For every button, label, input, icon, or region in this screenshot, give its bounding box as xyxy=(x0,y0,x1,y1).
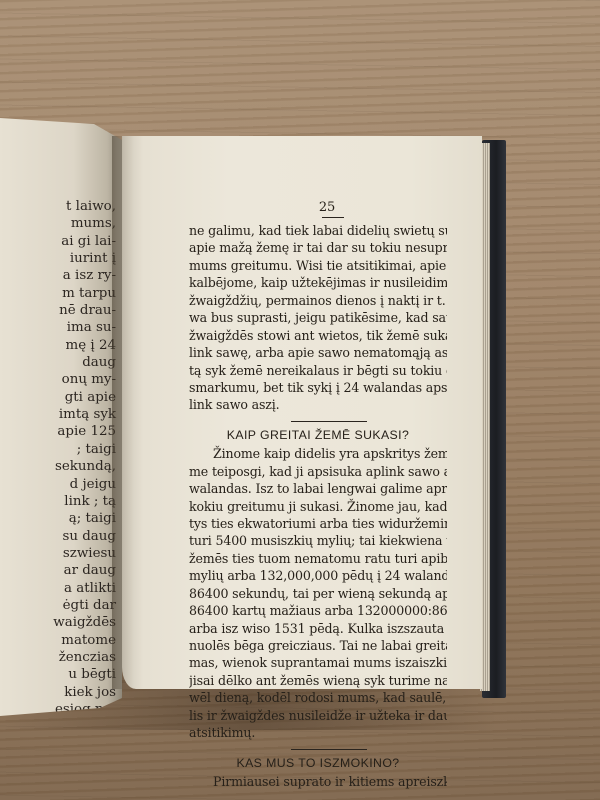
text-line: turi 5400 musiszkių mylių; tai kiekwiena… xyxy=(189,532,447,549)
text-line: kokiu greitumu ji sukasi. Žinome jau, ka… xyxy=(189,498,447,515)
text-line: 86400 kartų mažiaus arba 132000000:86400… xyxy=(189,602,447,619)
text-line: tys ties ekwatoriumi arba ties widuržemi… xyxy=(189,515,447,532)
text-line: arba isz wiso 1531 pēdą. Kulka iszszauta… xyxy=(189,620,447,637)
section-divider xyxy=(291,421,367,422)
text-line-fragment: ženczias xyxy=(16,649,116,666)
gutter-shadow xyxy=(112,136,134,689)
text-line: wēl dieną, kodēl rodosi mums, kad saulē,… xyxy=(189,689,447,706)
text-line: Pirmiausei suprato ir kitiems apreiszkē,… xyxy=(189,773,447,790)
section-heading-1: KAIP GREITAI ŽEMĒ SUKASI? xyxy=(189,426,447,445)
text-line-fragment: kiek jos xyxy=(16,684,116,701)
text-line-fragment: ai gi lai- xyxy=(16,233,116,250)
text-line-fragment: mums, xyxy=(16,215,116,232)
text-line: me teiposgi, kad ji apsisuka aplink sawo… xyxy=(189,463,447,480)
text-line: žwaigždēs stowi ant wietos, tik žemē suk… xyxy=(189,327,447,344)
text-line: tą syk žemē nereikalaus ir bēgti su toki… xyxy=(189,362,447,379)
text-line: walandas. Isz to labai lengwai galime ap… xyxy=(189,480,447,497)
page-number-rule xyxy=(322,217,344,218)
paragraph-3: Pirmiausei suprato ir kitiems apreiszkē,… xyxy=(189,773,447,790)
text-line: kalbējome, kaip užtekējimas ir nusileidi… xyxy=(189,274,447,291)
text-line-fragment: szwiesu xyxy=(16,545,116,562)
text-line-fragment: ą; taigi xyxy=(16,510,116,527)
text-line: link sawo aszį. xyxy=(189,396,447,413)
text-line: mas, wienok suprantamai mums iszaiszkina xyxy=(189,654,447,671)
section-divider xyxy=(291,749,367,750)
text-line-fragment: imtą syk xyxy=(16,406,116,423)
text-line: mylių arba 132,000,000 pēdų į 24 walanda… xyxy=(189,567,447,584)
text-line-fragment: ėgti dar xyxy=(16,597,116,614)
text-line-fragment: matome xyxy=(16,632,116,649)
text-line-fragment: daigtu xyxy=(16,770,116,787)
paragraph-1: ne galimu, kad tiek labai didelių swietų… xyxy=(189,222,447,414)
text-line-fragment: d jeigu xyxy=(16,476,116,493)
left-page-text: t laiwo,mums,ai gi lai-iurint įa isz ry-… xyxy=(16,198,116,788)
section-heading-2: KAS MUS TO ISZMOKINO? xyxy=(189,754,447,773)
text-line: link sawę, arba apie sawo nematomąją asz… xyxy=(189,344,447,361)
text-line-fragment: u bēgti xyxy=(16,666,116,683)
text-line-fragment: ar daug xyxy=(16,562,116,579)
left-page: t laiwo,mums,ai gi lai-iurint įa isz ry-… xyxy=(0,118,122,718)
text-line-fragment: daug xyxy=(16,354,116,371)
text-line-fragment: onų my- xyxy=(16,371,116,388)
text-line-fragment: link ; tą xyxy=(16,493,116,510)
text-line: jisai dēlko ant žemēs wieną syk turime n… xyxy=(189,672,447,689)
text-line-fragment: su daug xyxy=(16,528,116,545)
text-line-fragment: m tarpu xyxy=(16,285,116,302)
text-line-fragment: nē drau- xyxy=(16,302,116,319)
text-line: mums greitumu. Wisi tie atsitikimai, api… xyxy=(189,257,447,274)
text-line-fragment: ; taigi xyxy=(16,441,116,458)
text-line: žwaigždžių, permainos dienos į naktį ir … xyxy=(189,292,447,309)
text-line: wa bus suprasti, jeigu patikēsime, kad s… xyxy=(189,309,447,326)
text-line-fragment: gti apie xyxy=(16,389,116,406)
right-page-text: 25 ne galimu, kad tiek labai didelių swi… xyxy=(189,199,447,790)
paragraph-2: Žinome kaip didelis yra apskritys žemēs,… xyxy=(189,445,447,741)
text-line-fragment: ima su- xyxy=(16,319,116,336)
text-line-fragment: tai, kad xyxy=(16,753,116,770)
text-line: atsitikimų. xyxy=(189,724,447,741)
text-line-fragment: mę į 24 xyxy=(16,337,116,354)
text-line: ne galimu, kad tiek labai didelių swietų… xyxy=(189,222,447,239)
text-line-fragment: waigždēs xyxy=(16,614,116,631)
text-line-fragment: iurint į xyxy=(16,250,116,267)
text-line-fragment: t laiwo, xyxy=(16,198,116,215)
text-line-fragment: a isz ry- xyxy=(16,267,116,284)
text-line: Žinome kaip didelis yra apskritys žemēs,… xyxy=(189,445,447,462)
page-number: 25 xyxy=(207,199,447,216)
text-line: apie mažą žemę ir tai dar su tokiu nesup… xyxy=(189,239,447,256)
text-line: nuolēs bēga greicziaus. Tai ne labai gre… xyxy=(189,637,447,654)
text-line-fragment: a atlikti xyxy=(16,580,116,597)
text-line-fragment: apie 125 xyxy=(16,423,116,440)
text-line: smarkumu, bet tik sykį į 24 walandas aps… xyxy=(189,379,447,396)
text-line: žemēs ties tuom nematomu ratu turi apibē… xyxy=(189,550,447,567)
text-line: lis ir žwaigždes nusileidže ir užteka ir… xyxy=(189,707,447,724)
text-line-fragment: ėl ir už xyxy=(16,736,116,753)
text-line: 86400 sekundų, tai per wieną sekundą api… xyxy=(189,585,447,602)
text-line-fragment: sekundą, xyxy=(16,458,116,475)
